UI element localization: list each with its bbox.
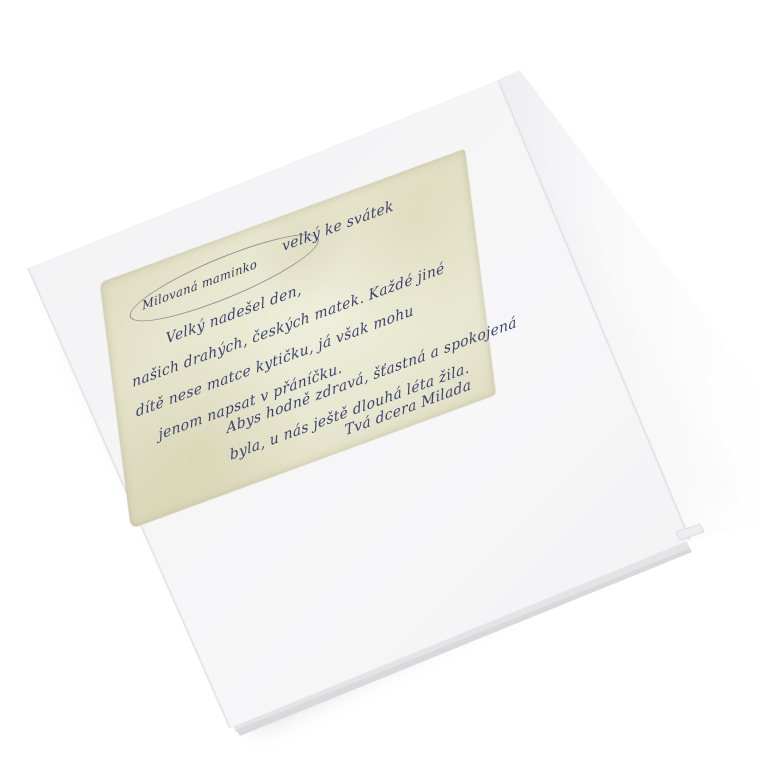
product-photo: Milovaná maminko velký ke svátek Velký n…: [0, 0, 768, 768]
